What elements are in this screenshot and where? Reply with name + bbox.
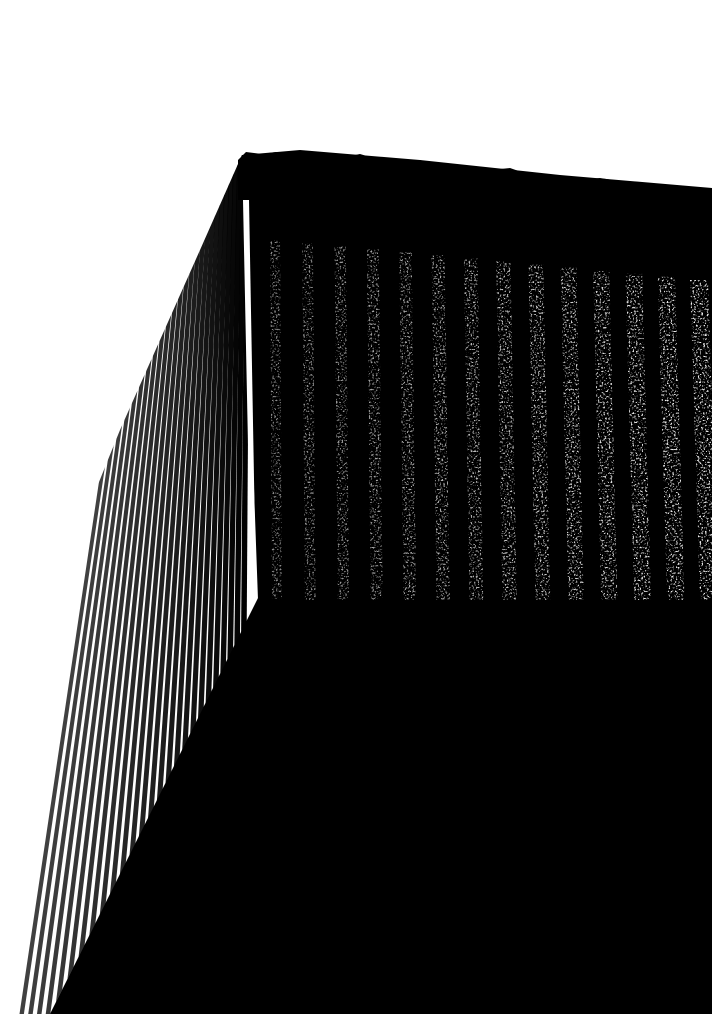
front-rib-groove [270, 240, 282, 600]
front-ribbed-face [230, 140, 724, 640]
right-margin [712, 0, 724, 1024]
ribbed-building-photo [0, 0, 724, 1024]
bottom-margin [0, 1014, 724, 1024]
